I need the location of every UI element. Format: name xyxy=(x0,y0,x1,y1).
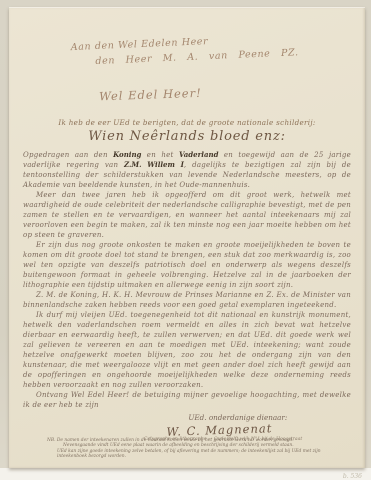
body-paragraph: Ik durf mij vleijen UEd. toegenegenheid … xyxy=(23,310,351,390)
closing-line: Ontvang Wel Edel Heer! de betuiging mijn… xyxy=(23,390,351,410)
body-paragraph: Er zijn dus nog groote onkosten te maken… xyxy=(23,240,351,290)
intro-line: Ik heb de eer UEd te berigten, dat de gr… xyxy=(23,118,351,127)
dedication-text: en het xyxy=(141,151,179,159)
body-paragraph: Meer dan twee jaren heb ik opgeofferd om… xyxy=(23,190,351,240)
body-paragraph: Z. M. de Koning, H. K. H. Mevrouw de Pri… xyxy=(23,290,351,310)
dedication-paragraph: Opgedragen aan den Koning en het Vaderla… xyxy=(23,150,351,190)
emphasis-willem: Z.M. Willem I xyxy=(124,160,184,169)
emphasis-vaderland: Vaderland xyxy=(179,150,219,159)
letter-sheet: Aan den Wel Edelen Heer den Heer M. A. v… xyxy=(9,7,365,468)
footnote-block: NB. De namen der inteekenaren zullen in … xyxy=(47,438,347,460)
pencil-inventory-note: b. 536 xyxy=(343,473,362,480)
salutation: Wel Edel Heer! xyxy=(99,81,351,104)
scan-bottom-strip xyxy=(0,468,371,480)
emphasis-koning: Koning xyxy=(113,150,141,159)
painting-title-line: Wien Neêrlands bloed enz: xyxy=(23,129,351,144)
letter-body: Meer dan twee jaren heb ik opgeofferd om… xyxy=(23,190,351,410)
footnote-line: UEd kan zijne goede inteekening zelve be… xyxy=(57,449,347,460)
dedication-text: Opgedragen aan den xyxy=(23,151,113,159)
address-block: Aan den Wel Edelen Heer den Heer M. A. v… xyxy=(70,28,351,70)
